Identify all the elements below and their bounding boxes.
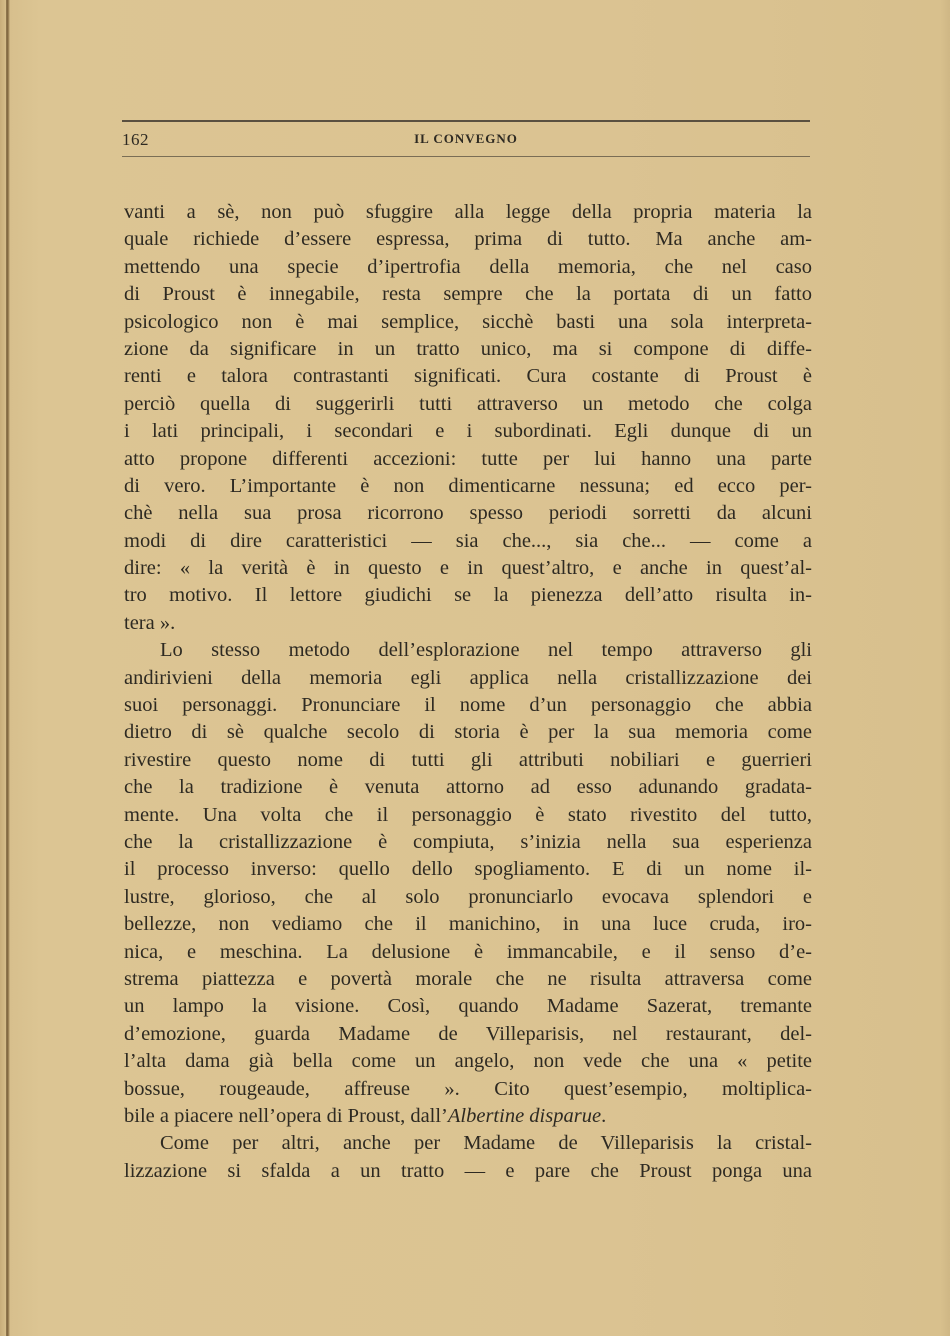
text-line: che la tradizione è venuta attorno ad es…	[124, 774, 812, 801]
page-header: 162 IL CONVEGNO	[122, 118, 810, 158]
text-line: Come per altri, anche per Madame de Vill…	[124, 1130, 812, 1157]
text-line: rivestire questo nome di tutti gli attri…	[124, 747, 812, 774]
paragraph: Come per altri, anche per Madame de Vill…	[124, 1130, 812, 1185]
text-line-with-title: bile a piacere nell’opera di Proust, dal…	[124, 1103, 812, 1130]
text-line: dire: « la verità è in questo e in quest…	[124, 555, 812, 582]
body-text: vanti a sè, non può sfuggire alla legge …	[124, 199, 812, 1185]
text-line: strema piattezza e povertà morale che ne…	[124, 966, 812, 993]
paragraph: Lo stesso metodo dell’esplorazione nel t…	[124, 637, 812, 1130]
text-line: mente. Una volta che il personaggio è st…	[124, 802, 812, 829]
running-head: IL CONVEGNO	[122, 131, 810, 147]
header-rule-top	[122, 120, 810, 122]
paragraph: vanti a sè, non può sfuggire alla legge …	[124, 199, 812, 637]
text-line: chè nella sua prosa ricorrono spesso per…	[124, 500, 812, 527]
text-line: l’alta dama già bella come un angelo, no…	[124, 1048, 812, 1075]
text-line: atto propone differenti accezioni: tutte…	[124, 446, 812, 473]
text-line: bellezze, non vediamo che il manichino, …	[124, 911, 812, 938]
binding-edge	[6, 0, 8, 1336]
text-line: tera ».	[124, 610, 812, 637]
text-line: modi di dire caratteristici — sia che...…	[124, 528, 812, 555]
text-line: andirivieni della memoria egli applica n…	[124, 665, 812, 692]
text-line: bossue, rougeaude, affreuse ». Cito ques…	[124, 1076, 812, 1103]
text-line: Lo stesso metodo dell’esplorazione nel t…	[124, 637, 812, 664]
text-line: vanti a sè, non può sfuggire alla legge …	[124, 199, 812, 226]
header-rule-bottom	[122, 156, 810, 157]
text-line: i lati principali, i secondari e i subor…	[124, 418, 812, 445]
book-title: Albertine disparue	[448, 1105, 601, 1127]
text-line: renti e talora contrastanti significati.…	[124, 363, 812, 390]
text-line: dietro di sè qualche secolo di storia è …	[124, 719, 812, 746]
text-line: psicologico non è mai semplice, sicchè b…	[124, 309, 812, 336]
text-line: perciò quella di suggerirli tutti attrav…	[124, 391, 812, 418]
text-line: nica, e meschina. La delusione è immanca…	[124, 939, 812, 966]
text-line: lustre, glorioso, che al solo pronunciar…	[124, 884, 812, 911]
text-line: d’emozione, guarda Madame de Villeparisi…	[124, 1021, 812, 1048]
text-line: mettendo una specie d’ipertrofia della m…	[124, 254, 812, 281]
text-line: quale richiede d’essere espressa, prima …	[124, 226, 812, 253]
text-line: zione da significare in un tratto unico,…	[124, 336, 812, 363]
text-line: di Proust è innegabile, resta sempre che…	[124, 281, 812, 308]
text-line: un lampo la visione. Così, quando Madame…	[124, 993, 812, 1020]
text-line: che la cristallizzazione è compiuta, s’i…	[124, 829, 812, 856]
text-line: il processo inverso: quello dello spogli…	[124, 856, 812, 883]
text-fragment: bile a piacere nell’opera di Proust, dal…	[124, 1105, 448, 1127]
text-line: di vero. L’importante è non dimenticarne…	[124, 473, 812, 500]
text-line: lizzazione si sfalda a un tratto — e par…	[124, 1158, 812, 1185]
text-line: suoi personaggi. Pronunciare il nome d’u…	[124, 692, 812, 719]
text-fragment: .	[601, 1105, 606, 1127]
text-line: tro motivo. Il lettore giudichi se la pi…	[124, 582, 812, 609]
